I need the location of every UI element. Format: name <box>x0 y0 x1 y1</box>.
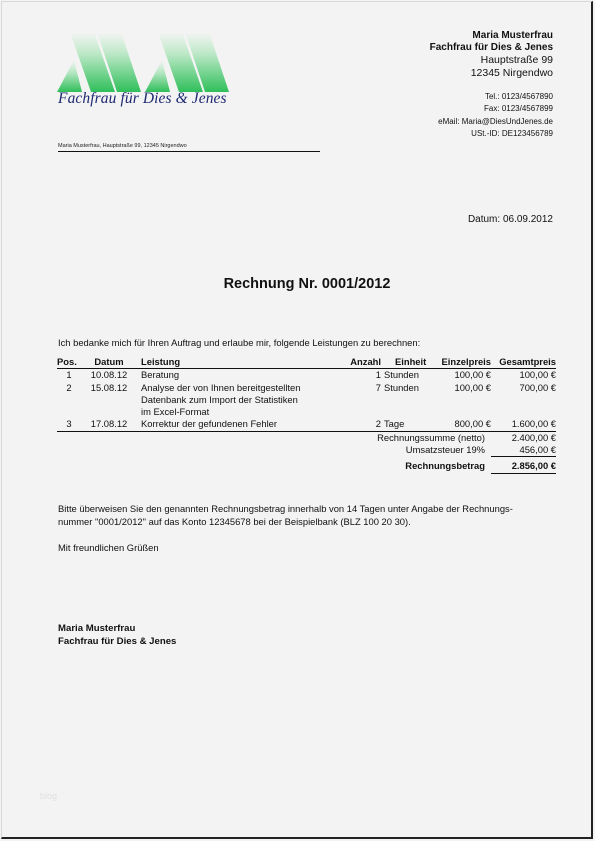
payment-note-line: Bitte überweisen Sie den genannten Rechn… <box>58 503 558 516</box>
invoice-date: Datum: 06.09.2012 <box>468 214 553 225</box>
tax-label: Umsatzsteuer 19% <box>57 444 491 457</box>
sender-address: Maria Musterfrau Fachfrau für Dies & Jen… <box>430 30 553 79</box>
header-total: Gesamtpreis <box>491 356 556 369</box>
invoice-title: Rechnung Nr. 0001/2012 <box>0 276 595 292</box>
header-pos: Pos. <box>57 356 81 369</box>
item-unit: Stunden <box>381 382 431 419</box>
sender-vat-id: USt.-ID: DE123456789 <box>438 128 553 140</box>
invoice-items-table: Pos. Datum Leistung Anzahl Einheit Einze… <box>57 356 556 474</box>
net-sum-label: Rechnungssumme (netto) <box>57 431 491 444</box>
sender-street: Hauptstraße 99 <box>430 54 553 67</box>
item-service-line: Analyse der von Ihnen bereitgestellten <box>141 382 333 394</box>
item-service-line: Datenbank zum Import der Statistiken <box>141 394 333 406</box>
table-row: 317.08.12Korrektur der gefundenen Fehler… <box>57 418 556 431</box>
item-date: 15.08.12 <box>81 382 137 419</box>
sender-contact: Tel.: 0123/4567890 Fax: 0123/4567899 eMa… <box>438 91 553 140</box>
item-service-line: Beratung <box>141 369 333 381</box>
tax-row: Umsatzsteuer 19% 456,00 € <box>57 444 556 457</box>
item-total: 700,00 € <box>491 382 556 419</box>
header-service: Leistung <box>137 356 333 369</box>
item-qty: 2 <box>333 418 381 431</box>
company-logo: Fachfrau für Dies & Jenes <box>55 28 245 112</box>
item-qty: 1 <box>333 369 381 382</box>
intro-text: Ich bedanke mich für Ihren Auftrag und e… <box>58 337 420 348</box>
item-service-line: im Excel-Format <box>141 406 333 418</box>
net-sum-value: 2.400,00 € <box>491 431 556 444</box>
item-unit: Tage <box>381 418 431 431</box>
sender-company: Fachfrau für Dies & Jenes <box>430 42 553 54</box>
item-service-line: Korrektur der gefundenen Fehler <box>141 418 333 430</box>
item-service: Analyse der von Ihnen bereitgestelltenDa… <box>137 382 333 419</box>
logo-tagline: Fachfrau für Dies & Jenes <box>58 90 227 108</box>
total-value: 2.856,00 € <box>491 457 556 473</box>
sender-email: eMail: Maria@DiesUndJenes.de <box>438 116 553 128</box>
net-sum-row: Rechnungssumme (netto) 2.400,00 € <box>57 431 556 444</box>
item-qty: 7 <box>333 382 381 419</box>
tax-value: 456,00 € <box>491 444 556 457</box>
item-service: Beratung <box>137 369 333 382</box>
item-date: 10.08.12 <box>81 369 137 382</box>
header-unit-price: Einzelpreis <box>431 356 491 369</box>
signature-company: Fachfrau für Dies & Jenes <box>58 636 176 649</box>
closing-greeting: Mit freundlichen Grüßen <box>58 542 159 553</box>
header-qty: Anzahl <box>333 356 381 369</box>
item-total: 1.600,00 € <box>491 418 556 431</box>
signature-block: Maria Musterfrau Fachfrau für Dies & Jen… <box>58 623 176 648</box>
item-pos: 3 <box>57 418 81 431</box>
mm-logo-mark-icon <box>55 28 245 94</box>
table-row: 215.08.12Analyse der von Ihnen bereitges… <box>57 382 556 419</box>
watermark: blog <box>40 791 57 801</box>
item-unit: Stunden <box>381 369 431 382</box>
sender-name: Maria Musterfrau <box>430 30 553 42</box>
item-unit-price: 100,00 € <box>431 382 491 419</box>
payment-note: Bitte überweisen Sie den genannten Rechn… <box>58 503 558 528</box>
signature-name: Maria Musterfrau <box>58 623 176 636</box>
item-unit-price: 800,00 € <box>431 418 491 431</box>
item-unit-price: 100,00 € <box>431 369 491 382</box>
total-row: Rechnungsbetrag 2.856,00 € <box>57 457 556 473</box>
item-pos: 2 <box>57 382 81 419</box>
sender-phone: Tel.: 0123/4567890 <box>438 91 553 103</box>
return-address-line: Maria Musterfrau, Hauptstraße 99, 12345 … <box>58 143 320 152</box>
table-header-row: Pos. Datum Leistung Anzahl Einheit Einze… <box>57 356 556 369</box>
total-label: Rechnungsbetrag <box>57 457 491 473</box>
item-date: 17.08.12 <box>81 418 137 431</box>
payment-note-line: nummer "0001/2012" auf das Konto 1234567… <box>58 516 558 529</box>
sender-fax: Fax: 0123/4567899 <box>438 103 553 115</box>
header-unit: Einheit <box>381 356 431 369</box>
item-pos: 1 <box>57 369 81 382</box>
sender-city: 12345 Nirgendwo <box>430 67 553 80</box>
header-date: Datum <box>81 356 137 369</box>
item-service: Korrektur der gefundenen Fehler <box>137 418 333 431</box>
table-row: 110.08.12Beratung1Stunden100,00 €100,00 … <box>57 369 556 382</box>
item-total: 100,00 € <box>491 369 556 382</box>
